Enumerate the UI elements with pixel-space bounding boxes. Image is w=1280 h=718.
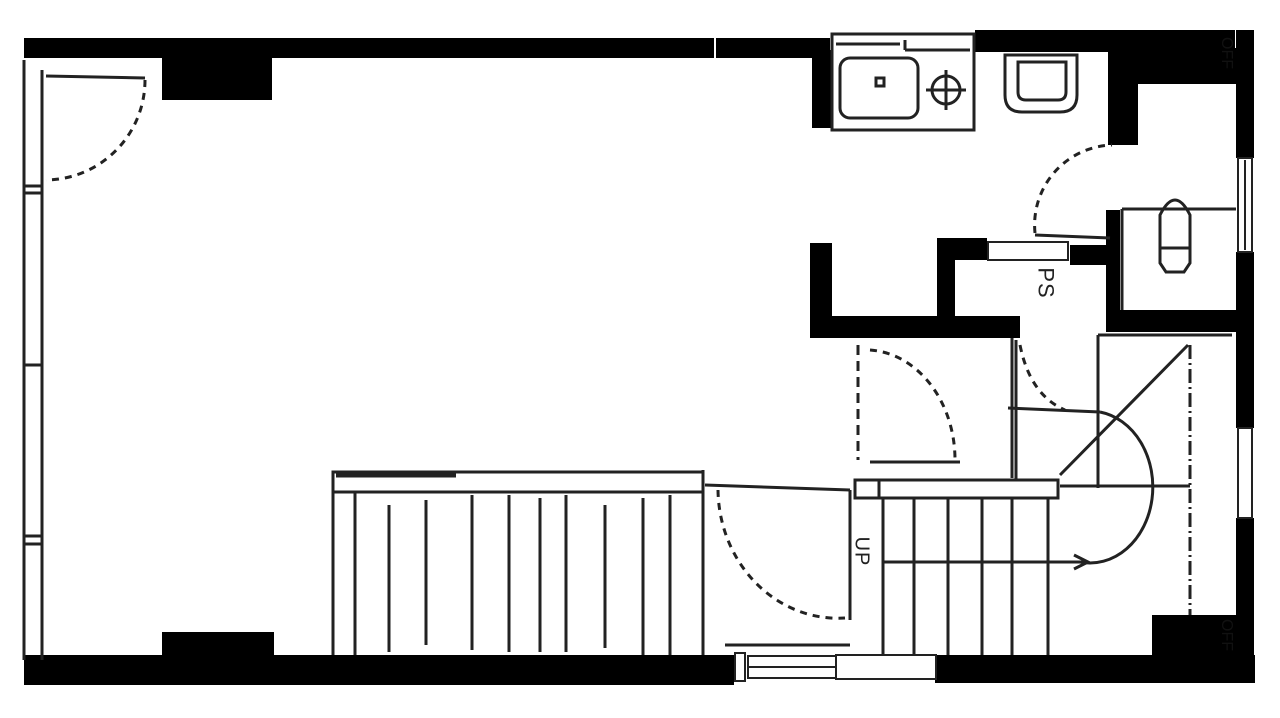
- straight-stair-upper: [850, 480, 1088, 655]
- exterior-walls: [24, 30, 1255, 685]
- stair-up-label: UP: [849, 537, 872, 567]
- sink: [840, 58, 918, 118]
- storage-door: [858, 338, 1012, 478]
- sliding-door-bottom: [725, 645, 936, 681]
- left-windows: [24, 60, 42, 660]
- straight-stair: [333, 472, 703, 655]
- floor-plan: [0, 0, 1280, 718]
- spiral-stair: [1008, 335, 1232, 615]
- watermark-top-right: OFF: [1217, 37, 1235, 69]
- stair-door: [703, 470, 850, 655]
- toilet-door: [1035, 145, 1112, 238]
- entrance-door: [46, 76, 145, 180]
- watermark-bottom-right: OFF: [1217, 619, 1235, 651]
- pipe-shaft-label: PS: [1033, 267, 1059, 298]
- kitchenette: [832, 34, 974, 130]
- toilet-room: [1106, 200, 1238, 332]
- pipe-shaft-walls: [810, 238, 1116, 338]
- toilet: [1160, 200, 1190, 272]
- washbasin: [1005, 55, 1077, 112]
